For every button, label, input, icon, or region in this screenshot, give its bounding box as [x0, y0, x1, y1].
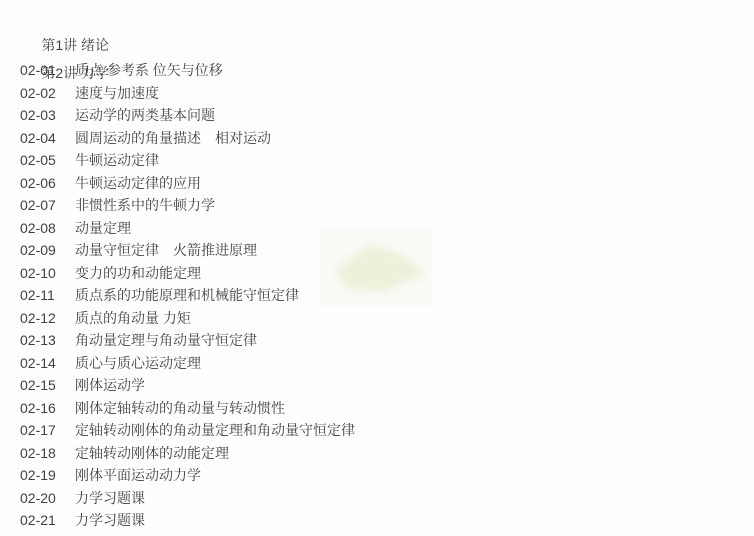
lesson-row[interactable]: 02-01 质点 参考系 位矢与位移	[0, 59, 754, 82]
lesson-title: 力学习题课	[75, 509, 754, 532]
lesson-row[interactable]: 02-12 质点的角动量 力矩	[0, 307, 754, 330]
lesson-code: 02-11	[20, 284, 75, 307]
lessons-section: 02-01 质点 参考系 位矢与位移 02-02 速度与加速度 02-03 运动…	[0, 59, 754, 532]
lesson-row[interactable]: 02-20 力学习题课	[0, 487, 754, 510]
lesson-row[interactable]: 02-07 非惯性系中的牛顿力学	[0, 194, 754, 217]
lesson-code: 02-07	[20, 194, 75, 217]
lesson-title: 角动量定理与角动量守恒定律	[75, 329, 754, 352]
chapters-section: 第1讲 绪论 第2讲 力学	[0, 3, 754, 59]
lesson-row[interactable]: 02-04 圆周运动的角量描述 相对运动	[0, 127, 754, 150]
lesson-row[interactable]: 02-06 牛顿运动定律的应用	[0, 172, 754, 195]
course-outline-list: 第1讲 绪论 第2讲 力学 02-01 质点 参考系 位矢与位移 02-02 速…	[0, 0, 754, 532]
lesson-title: 动量定理	[75, 217, 754, 240]
lesson-code: 02-02	[20, 82, 75, 105]
chapter-row: 第2讲 力学	[0, 31, 754, 59]
lesson-code: 02-04	[20, 127, 75, 150]
lesson-code: 02-14	[20, 352, 75, 375]
lesson-row[interactable]: 02-15 刚体运动学	[0, 374, 754, 397]
lesson-row[interactable]: 02-05 牛顿运动定律	[0, 149, 754, 172]
lesson-title: 定轴转动刚体的角动量定理和角动量守恒定律	[75, 419, 754, 442]
lesson-row[interactable]: 02-21 力学习题课	[0, 509, 754, 532]
lesson-row[interactable]: 02-13 角动量定理与角动量守恒定律	[0, 329, 754, 352]
lesson-row[interactable]: 02-10 变力的功和动能定理	[0, 262, 754, 285]
lesson-title: 非惯性系中的牛顿力学	[75, 194, 754, 217]
lesson-title: 刚体运动学	[75, 374, 754, 397]
lesson-row[interactable]: 02-19 刚体平面运动动力学	[0, 464, 754, 487]
chapter-row: 第1讲 绪论	[0, 3, 754, 31]
lesson-title: 速度与加速度	[75, 82, 754, 105]
lesson-code: 02-12	[20, 307, 75, 330]
lesson-title: 刚体平面运动动力学	[75, 464, 754, 487]
lesson-title: 质点系的功能原理和机械能守恒定律	[75, 284, 754, 307]
lesson-code: 02-13	[20, 329, 75, 352]
lesson-code: 02-20	[20, 487, 75, 510]
lesson-code: 02-16	[20, 397, 75, 420]
lesson-title: 定轴转动刚体的动能定理	[75, 442, 754, 465]
lesson-code: 02-03	[20, 104, 75, 127]
lesson-row[interactable]: 02-02 速度与加速度	[0, 82, 754, 105]
lesson-code: 02-05	[20, 149, 75, 172]
lesson-title: 变力的功和动能定理	[75, 262, 754, 285]
lesson-row[interactable]: 02-09 动量守恒定律 火箭推进原理	[0, 239, 754, 262]
lesson-title: 牛顿运动定律	[75, 149, 754, 172]
lesson-title: 刚体定轴转动的角动量与转动惯性	[75, 397, 754, 420]
lesson-title: 质心与质心运动定理	[75, 352, 754, 375]
lesson-row[interactable]: 02-18 定轴转动刚体的动能定理	[0, 442, 754, 465]
chapter-label: 第1讲 绪论	[41, 37, 109, 53]
lesson-code: 02-15	[20, 374, 75, 397]
lesson-code: 02-19	[20, 464, 75, 487]
lesson-title: 运动学的两类基本问题	[75, 104, 754, 127]
lesson-title: 质点的角动量 力矩	[75, 307, 754, 330]
lesson-title: 牛顿运动定律的应用	[75, 172, 754, 195]
lesson-row[interactable]: 02-16 刚体定轴转动的角动量与转动惯性	[0, 397, 754, 420]
lesson-code: 02-21	[20, 509, 75, 532]
lesson-code: 02-08	[20, 217, 75, 240]
lesson-row[interactable]: 02-14 质心与质心运动定理	[0, 352, 754, 375]
lesson-title: 圆周运动的角量描述 相对运动	[75, 127, 754, 150]
lesson-title: 力学习题课	[75, 487, 754, 510]
lesson-code: 02-17	[20, 419, 75, 442]
lesson-title: 质点 参考系 位矢与位移	[75, 59, 754, 82]
lesson-code: 02-01	[20, 59, 75, 82]
lesson-title: 动量守恒定律 火箭推进原理	[75, 239, 754, 262]
lesson-code: 02-10	[20, 262, 75, 285]
lesson-row[interactable]: 02-08 动量定理	[0, 217, 754, 240]
lesson-row[interactable]: 02-03 运动学的两类基本问题	[0, 104, 754, 127]
lesson-row[interactable]: 02-11 质点系的功能原理和机械能守恒定律	[0, 284, 754, 307]
lesson-code: 02-06	[20, 172, 75, 195]
lesson-row[interactable]: 02-17 定轴转动刚体的角动量定理和角动量守恒定律	[0, 419, 754, 442]
lesson-code: 02-18	[20, 442, 75, 465]
lesson-code: 02-09	[20, 239, 75, 262]
